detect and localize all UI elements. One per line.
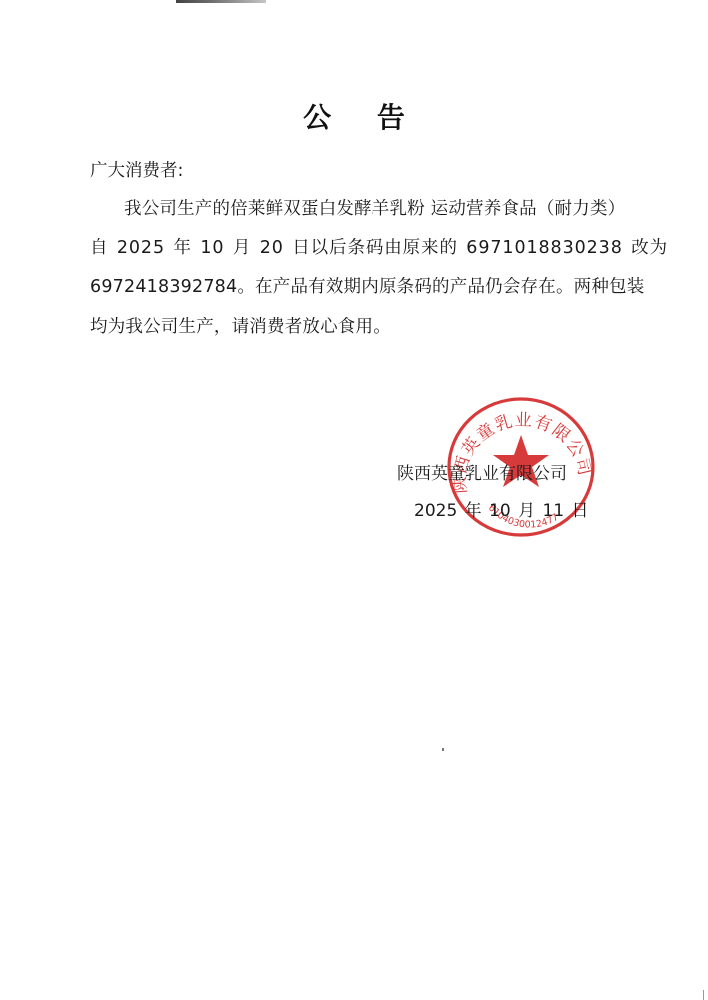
body-line-1: 我公司生产的倍莱鲜双蛋白发酵羊乳粉 运动营养食品（耐力类） xyxy=(124,195,625,220)
body-line-4: 均为我公司生产，请消费者放心食用。 xyxy=(90,313,391,338)
body-line-2: 自 2025 年 10 月 20 日以后条码由原来的 6971018830238… xyxy=(90,234,668,259)
page-title: 公 告 xyxy=(0,96,708,136)
scan-speck xyxy=(442,748,444,751)
scan-speck xyxy=(372,212,373,214)
signature-date: 2025 年 10 月 11 日 xyxy=(414,496,589,521)
body-line-3: 6972418392784。在产品有效期内原条码的产品仍会存在。两种包装 xyxy=(90,273,644,298)
signature-company: 陕西英童乳业有限公司 xyxy=(397,459,567,484)
salutation: 广大消费者: xyxy=(90,157,183,182)
scan-artifact xyxy=(176,0,266,3)
scan-edge xyxy=(703,990,704,1000)
